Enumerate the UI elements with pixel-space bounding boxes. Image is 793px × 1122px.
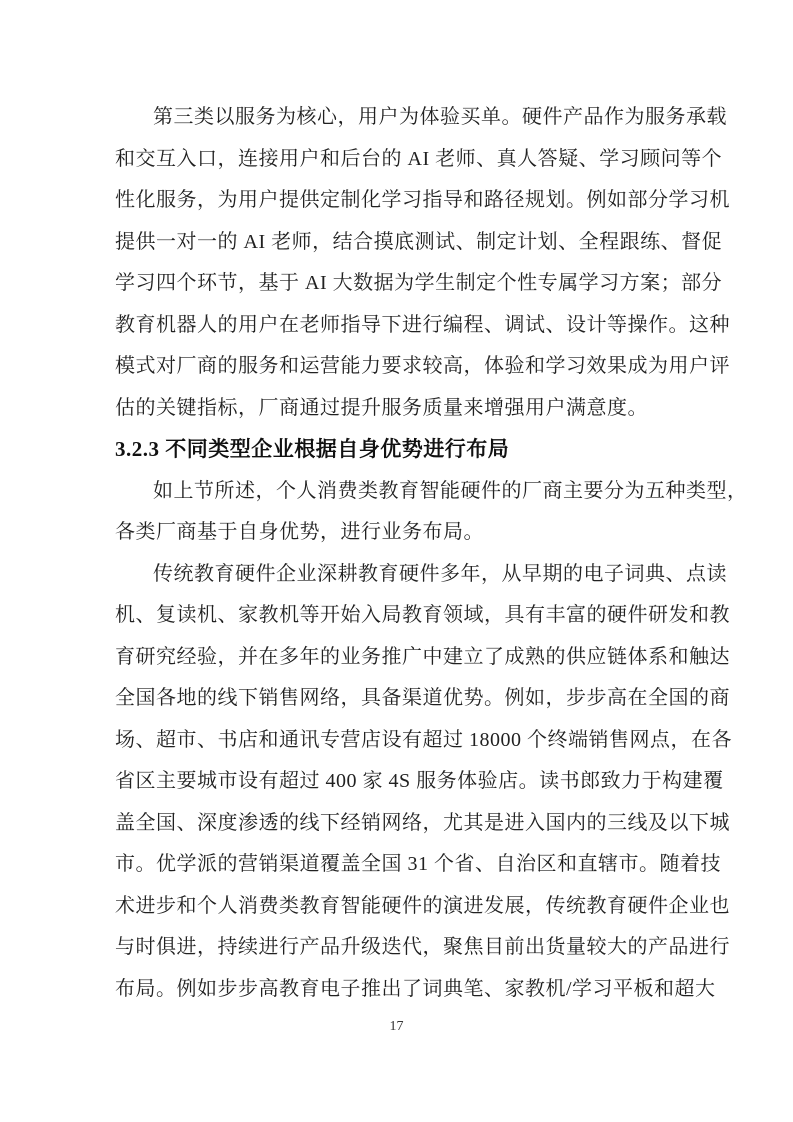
paragraph-1: 第三类以服务为核心，用户为体验买单。硬件产品作为服务承载 和交互入口，连接用户和…	[115, 97, 677, 429]
text-line: 教育机器人的用户在老师指导下进行编程、调试、设计等操作。这种	[115, 305, 677, 347]
text-line: 如上节所述，个人消费类教育智能硬件的厂商主要分为五种类型，	[115, 471, 677, 513]
text-line: 场、超市、书店和通讯专营店设有超过 18000 个终端销售网点，在各	[115, 720, 677, 762]
text-line: 提供一对一的 AI 老师，结合摸底测试、制定计划、全程跟练、督促	[115, 222, 677, 264]
text-body: 第三类以服务为核心，用户为体验买单。硬件产品作为服务承载 和交互入口，连接用户和…	[115, 97, 677, 1010]
text-line: 育研究经验，并在多年的业务推广中建立了成熟的供应链体系和触达	[115, 637, 677, 679]
text-line: 各类厂商基于自身优势，进行业务布局。	[115, 512, 677, 554]
page-number: 17	[0, 1015, 793, 1039]
text-line: 市。优学派的营销渠道覆盖全国 31 个省、自治区和直辖市。随着技	[115, 844, 677, 886]
text-line: 模式对厂商的服务和运营能力要求较高，体验和学习效果成为用户评	[115, 346, 677, 388]
text-line: 布局。例如步步高教育电子推出了词典笔、家教机/学习平板和超大	[115, 969, 677, 1011]
text-line: 盖全国、深度渗透的线下经销网络，尤其是进入国内的三线及以下城	[115, 803, 677, 845]
text-line: 传统教育硬件企业深耕教育硬件多年，从早期的电子词典、点读	[115, 554, 677, 596]
paragraph-2: 如上节所述，个人消费类教育智能硬件的厂商主要分为五种类型， 各类厂商基于自身优势…	[115, 471, 677, 554]
paragraph-3: 传统教育硬件企业深耕教育硬件多年，从早期的电子词典、点读 机、复读机、家教机等开…	[115, 554, 677, 1011]
text-line: 学习四个环节，基于 AI 大数据为学生制定个性专属学习方案；部分	[115, 263, 677, 305]
text-line: 与时俱进，持续进行产品升级迭代，聚焦目前出货量较大的产品进行	[115, 927, 677, 969]
text-line: 估的关键指标，厂商通过提升服务质量来增强用户满意度。	[115, 388, 677, 430]
text-line: 第三类以服务为核心，用户为体验买单。硬件产品作为服务承载	[115, 97, 677, 139]
section-heading: 3.2.3 不同类型企业根据自身优势进行布局	[115, 429, 677, 471]
text-line: 和交互入口，连接用户和后台的 AI 老师、真人答疑、学习顾问等个	[115, 139, 677, 181]
text-line: 术进步和个人消费类教育智能硬件的演进发展，传统教育硬件企业也	[115, 886, 677, 928]
text-line: 机、复读机、家教机等开始入局教育领域，具有丰富的硬件研发和教	[115, 595, 677, 637]
text-line: 全国各地的线下销售网络，具备渠道优势。例如，步步高在全国的商	[115, 678, 677, 720]
document-page: 第三类以服务为核心，用户为体验买单。硬件产品作为服务承载 和交互入口，连接用户和…	[0, 0, 793, 1122]
text-line: 性化服务，为用户提供定制化学习指导和路径规划。例如部分学习机	[115, 180, 677, 222]
text-line: 省区主要城市设有超过 400 家 4S 服务体验店。读书郎致力于构建覆	[115, 761, 677, 803]
